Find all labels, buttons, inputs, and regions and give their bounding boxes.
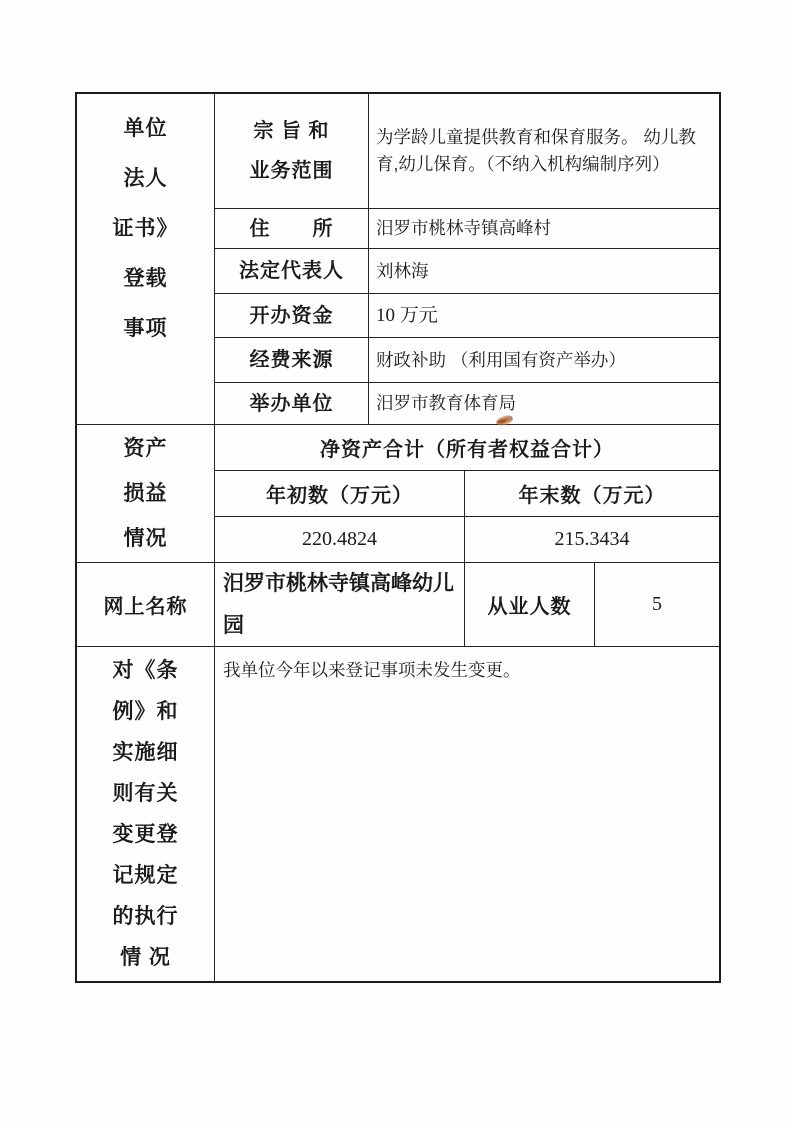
side-label-line: 的执行 bbox=[113, 896, 179, 937]
compliance-section-side-label: 对《条 例》和 实施细 则有关 变更登 记规定 的执行 情 况 bbox=[77, 647, 215, 981]
side-label-line: 则有关 bbox=[113, 773, 179, 814]
side-label-line: 情况 bbox=[124, 516, 168, 561]
net-assets-header: 净资产合计（所有者权益合计） bbox=[215, 425, 719, 471]
address-value: 汨罗市桃林寺镇高峰村 bbox=[369, 209, 719, 249]
staff-count-label: 从业人数 bbox=[465, 563, 595, 647]
side-label-line: 资产 bbox=[124, 426, 168, 471]
address-label: 住 所 bbox=[215, 209, 369, 249]
year-end-value: 215.3434 bbox=[465, 517, 719, 563]
opening-capital-value: 10 万元 bbox=[369, 294, 719, 338]
year-start-header: 年初数（万元） bbox=[215, 471, 465, 517]
side-label-line: 单位 bbox=[124, 104, 168, 154]
opening-capital-label: 开办资金 bbox=[215, 294, 369, 338]
year-start-value: 220.4824 bbox=[215, 517, 465, 563]
certificate-section-side-label: 单位 法人 证书》 登载 事项 bbox=[77, 94, 215, 425]
compliance-statement-value: 我单位今年以来登记事项未发生变更。 bbox=[215, 647, 719, 981]
year-end-header: 年末数（万元） bbox=[465, 471, 719, 517]
side-label-line: 情 况 bbox=[120, 937, 171, 978]
staff-count-value: 5 bbox=[595, 563, 719, 647]
assets-section-side-label: 资产 损益 情况 bbox=[77, 425, 215, 563]
side-label-line: 例》和 bbox=[113, 691, 179, 732]
side-label-line: 变更登 bbox=[113, 814, 179, 855]
online-name-label: 网上名称 bbox=[77, 563, 215, 647]
legal-representative-label: 法定代表人 bbox=[215, 249, 369, 294]
side-label-line: 实施细 bbox=[113, 732, 179, 773]
funding-source-value: 财政补助 （利用国有资产举办） bbox=[369, 338, 719, 383]
side-label-line: 记规定 bbox=[113, 855, 179, 896]
side-label-line: 事项 bbox=[124, 304, 168, 354]
registration-form-table: 单位 法人 证书》 登载 事项 宗 旨 和 业务范围 为学龄儿童提供教育和保育服… bbox=[75, 92, 721, 983]
side-label-line: 证书》 bbox=[113, 204, 179, 254]
side-label-line: 损益 bbox=[124, 471, 168, 516]
side-label-line: 登载 bbox=[124, 254, 168, 304]
purpose-scope-value: 为学龄儿童提供教育和保育服务。 幼儿教育,幼儿保育。（不纳入机构编制序列） bbox=[369, 94, 719, 209]
online-name-value: 汨罗市桃林寺镇高峰幼儿园 bbox=[215, 563, 465, 647]
purpose-scope-label: 宗 旨 和 业务范围 bbox=[215, 94, 369, 209]
side-label-line: 对《条 bbox=[113, 650, 179, 691]
legal-representative-value: 刘林海 bbox=[369, 249, 719, 294]
scanned-form-page: 单位 法人 证书》 登载 事项 宗 旨 和 业务范围 为学龄儿童提供教育和保育服… bbox=[0, 0, 793, 1122]
organizer-unit-label: 举办单位 bbox=[215, 383, 369, 425]
organizer-unit-value: 汨罗市教育体育局 bbox=[369, 383, 719, 425]
funding-source-label: 经费来源 bbox=[215, 338, 369, 383]
side-label-line: 法人 bbox=[124, 154, 168, 204]
